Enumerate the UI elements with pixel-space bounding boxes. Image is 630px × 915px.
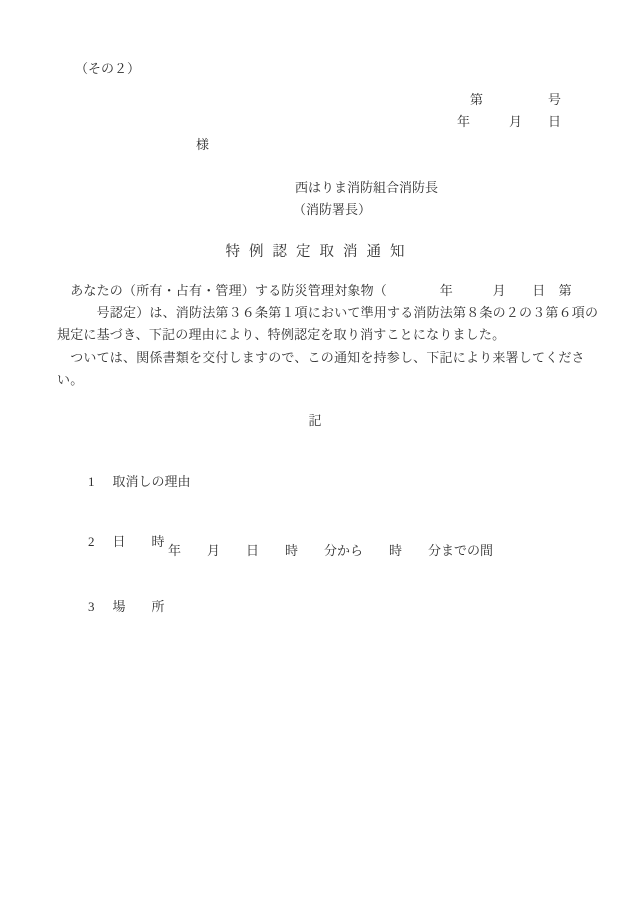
document-number-line: 第 号 [470, 91, 561, 108]
body-line: 号認定）は、消防法第３６条第１項において準用する消防法第８条の２の３第６項の [57, 302, 597, 324]
body-paragraph: あなたの（所有・占有・管理）する防災管理対象物（ 年 月 日 第 号認定）は、消… [57, 280, 597, 391]
body-line: あなたの（所有・占有・管理）する防災管理対象物（ 年 月 日 第 [57, 280, 597, 302]
item-1-label: 取消しの理由 [113, 474, 191, 489]
body-line: 規定に基づき、下記の理由により、特例認定を取り消すことになりました。 [57, 324, 597, 346]
item-3-label: 場 所 [113, 599, 165, 614]
sender-alt-title: （消防署長） [293, 201, 371, 218]
item-3-number: 3 [88, 599, 95, 615]
document-date-line: 年 月 日 [457, 113, 561, 130]
body-line: ついては、関係書類を交付しますので、この通知を持参し、下記により来署してくださ [57, 347, 597, 369]
addressee-honorific: 様 [196, 136, 209, 153]
item-1-cancellation-reason: 1取消しの理由 [75, 455, 191, 506]
form-label: （その２） [75, 60, 140, 77]
body-line: い。 [57, 369, 597, 391]
sender-name: 西はりま消防組合消防長 [295, 179, 438, 196]
item-2-datetime-detail: 年 月 日 時 分から 時 分までの間 [168, 540, 493, 559]
item-3-place: 3場 所 [75, 580, 165, 631]
item-2-datetime: 2日 時 [75, 515, 165, 566]
item-2-label: 日 時 [113, 534, 165, 549]
item-1-number: 1 [88, 474, 95, 490]
ki-marker: 記 [0, 410, 630, 429]
document-page: （その２） 第 号 年 月 日 様 西はりま消防組合消防長 （消防署長） 特例認… [0, 0, 630, 915]
document-title: 特例認定取消通知 [0, 240, 630, 261]
item-2-number: 2 [88, 534, 95, 550]
